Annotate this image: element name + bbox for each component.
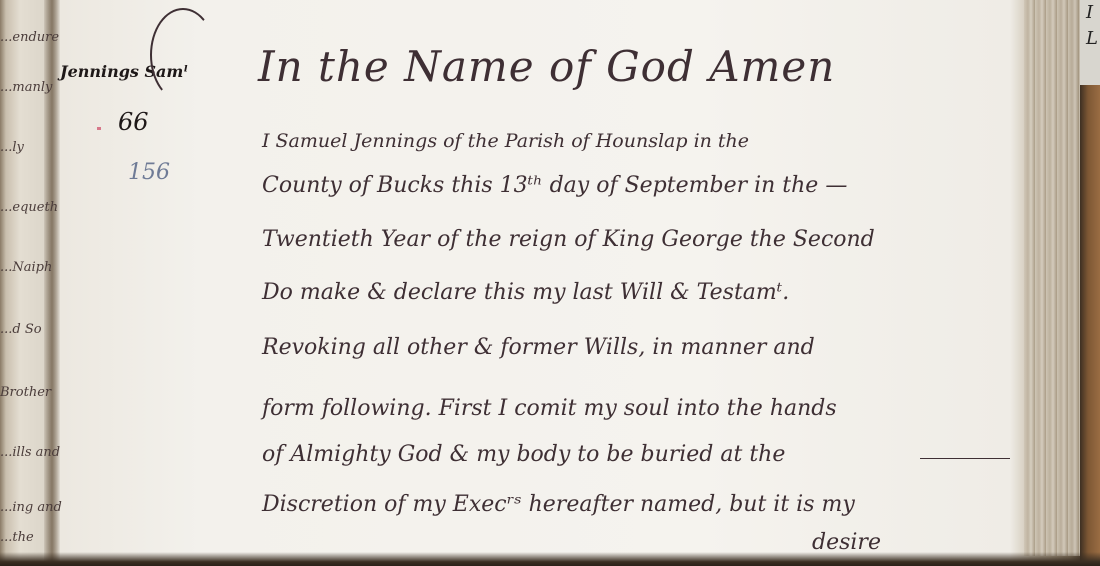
will-line: County of Bucks this 13ᵗʰ day of Septemb…: [262, 173, 847, 198]
margin-reference-number: 156: [128, 160, 170, 185]
left-fragment: ...ing and: [0, 500, 62, 515]
page-bottom-edge: [0, 552, 1100, 566]
will-line: I Samuel Jennings of the Parish of Houns…: [262, 130, 749, 152]
left-fragment: ...ly: [0, 140, 24, 155]
left-fragment: ...the: [0, 530, 34, 545]
heading-flourish: [150, 8, 216, 102]
manuscript-scan: I L ...endure ...manly ...ly ...equeth .…: [0, 0, 1100, 566]
will-line: Twentieth Year of the reign of King Geor…: [262, 227, 875, 252]
will-line: Do make & declare this my last Will & Te…: [262, 280, 789, 305]
book-spine-edges: [1024, 0, 1080, 556]
index-tab: I L: [1080, 0, 1100, 85]
will-line: form following. First I comit my soul in…: [262, 396, 837, 421]
left-fragment: ...d So: [0, 322, 42, 337]
left-fragment: ...Naiph: [0, 260, 52, 275]
left-fragment: ...manly: [0, 80, 52, 95]
will-line: of Almighty God & my body to be buried a…: [262, 442, 785, 467]
left-fragment: ...ills and: [0, 445, 60, 460]
margin-entry-number: 66: [118, 108, 149, 136]
line-filler: [920, 458, 1010, 459]
left-page-fragments: ...endure ...manly ...ly ...equeth ...Na…: [0, 0, 52, 566]
left-fragment: Brother: [0, 385, 51, 400]
will-line: Revoking all other & former Wills, in ma…: [262, 335, 815, 360]
will-line: Discretion of my Execʳˢ hereafter named,…: [262, 492, 855, 517]
left-fragment: ...equeth: [0, 200, 58, 215]
left-fragment: ...endure: [0, 30, 59, 45]
will-heading: In the Name of God Amen: [258, 42, 835, 91]
red-mark: [97, 127, 101, 130]
